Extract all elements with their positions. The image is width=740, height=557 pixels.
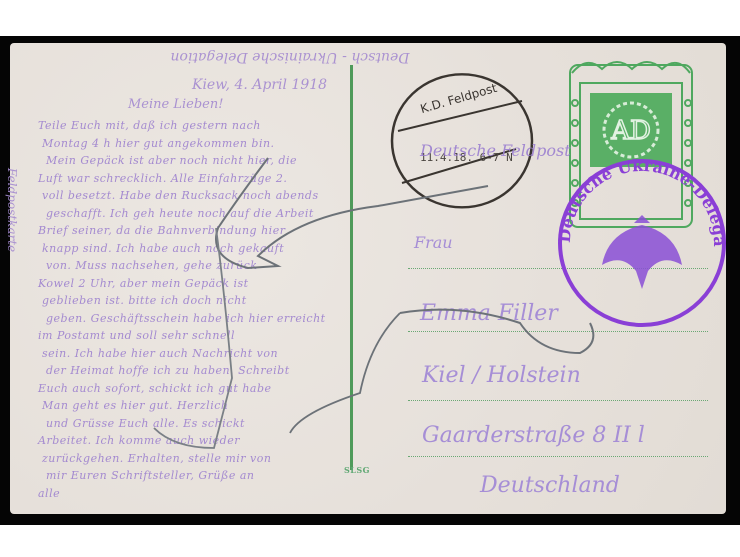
postcard: Deutsch - Ukrainische Delegation Kiew, 4… — [10, 43, 726, 514]
pencil-scribble — [10, 43, 726, 514]
